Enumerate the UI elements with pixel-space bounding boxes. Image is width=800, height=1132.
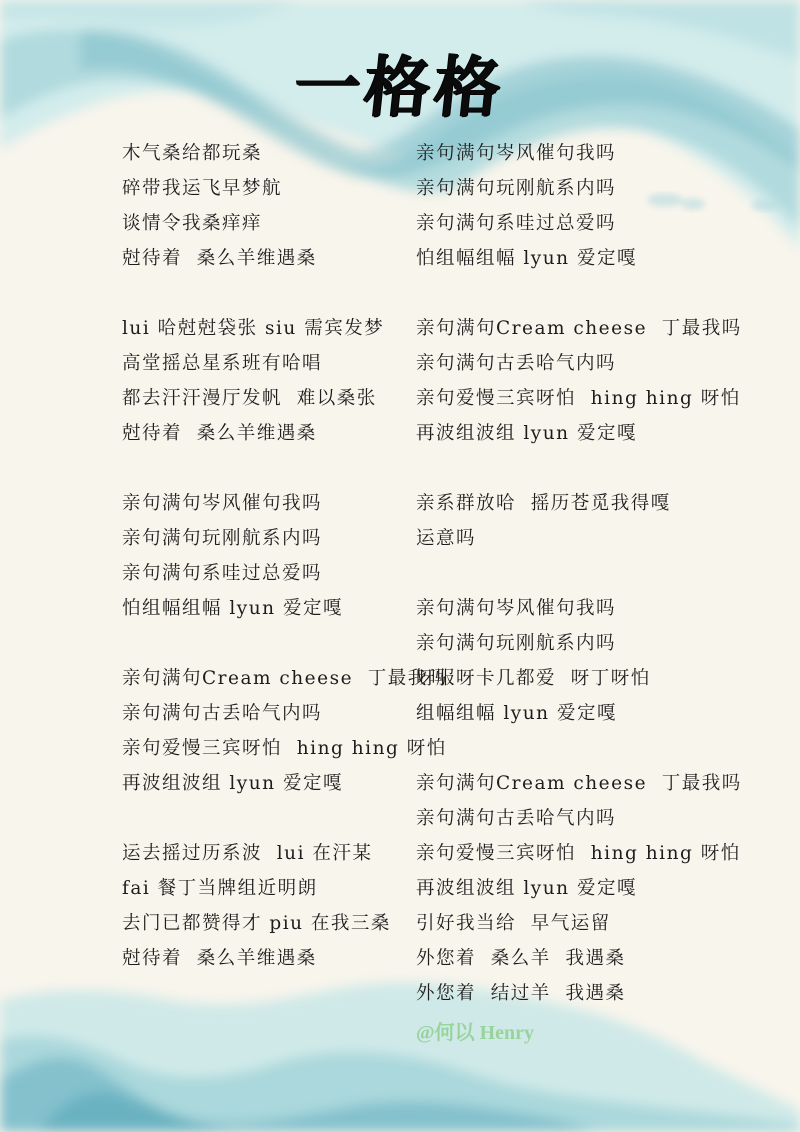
lyric-line: 亲句满句玩刚航系内吗	[416, 171, 716, 206]
lyric-line: 去门已都赞得才 piu 在我三桑	[122, 906, 407, 941]
lyric-line: 亲句满句系哇过总爱吗	[122, 556, 407, 591]
lyric-line: 引好我当给 早气运留	[416, 906, 716, 941]
lyric-line: 亲句满句岑风催句我吗	[416, 136, 716, 171]
lyrics-stanza: lui 哈尅尅袋张 siu 需宾发梦 高堂摇总星系班有哈唱 都去汗汗漫厅发帆 难…	[122, 311, 407, 451]
lyric-line: 外您着 桑么羊 我遇桑	[416, 941, 716, 976]
lyric-line: 亲句满句Cream cheese 丁最我吗	[416, 766, 716, 801]
lyric-line: 亲句爱慢三宾呀怕 hing hing 呀怕	[416, 381, 716, 416]
lyric-line: 尅待着 桑么羊维遇桑	[122, 241, 407, 276]
lyric-line: 亲句爱慢三宾呀怕 hing hing 呀怕	[416, 836, 716, 871]
lyric-line: 尅待着 桑么羊维遇桑	[122, 416, 407, 451]
lyric-line: 亲系群放哈 摇历苍觅我得嘎	[416, 486, 716, 521]
lyric-line: 亲句满句Cream cheese 丁最我吗	[122, 661, 407, 696]
lyrics-stanza: 亲系群放哈 摇历苍觅我得嘎 运意吗	[416, 486, 716, 556]
lyrics-column-right: 亲句满句岑风催句我吗 亲句满句玩刚航系内吗 亲句满句系哇过总爱吗 怕组幅组幅 l…	[416, 136, 716, 1046]
page-title: 一格格	[0, 34, 800, 129]
lyric-line: 亲句满句玩刚航系内吗	[416, 626, 716, 661]
lyric-line: 木气桑给都玩桑	[122, 136, 407, 171]
author-credit: @何以 Henry	[416, 1016, 534, 1045]
lyric-line: 再波组波组 lyun 爱定嘎	[416, 416, 716, 451]
lyric-line: 高堂摇总星系班有哈唱	[122, 346, 407, 381]
lyric-line: lui 哈尅尅袋张 siu 需宾发梦	[122, 311, 407, 346]
lyric-line: 运去摇过历系波 lui 在汗某	[122, 836, 407, 871]
lyric-line: 亲句满句古丢哈气内吗	[416, 346, 716, 381]
lyric-line: 再波组波组 lyun 爱定嘎	[416, 871, 716, 906]
lyric-line: 碎带我运飞早梦航	[122, 171, 407, 206]
lyrics-column-left: 木气桑给都玩桑 碎带我运飞早梦航 谈情令我桑痒痒 尅待着 桑么羊维遇桑 lui …	[122, 136, 407, 1011]
lyric-line: 亲句满句系哇过总爱吗	[416, 206, 716, 241]
lyric-line: 亲句满句古丢哈气内吗	[122, 696, 407, 731]
lyric-line: 运意吗	[416, 521, 716, 556]
lyric-line: 组幅组幅 lyun 爱定嘎	[416, 696, 716, 731]
lyric-line: 亲句满句Cream cheese 丁最我吗	[416, 311, 716, 346]
lyric-line: 亲句满句古丢哈气内吗	[416, 801, 716, 836]
lyrics-stanza: 亲句满句Cream cheese 丁最我吗 亲句满句古丢哈气内吗 亲句爱慢三宾呀…	[416, 766, 716, 1011]
lyric-line: 外您着 结过羊 我遇桑	[416, 976, 716, 1011]
lyrics-stanza: 亲句满句岑风催句我吗 亲句满句玩刚航系内吗 亲句满句系哇过总爱吗 怕组幅组幅 l…	[122, 486, 407, 626]
lyric-line: 亲句爱慢三宾呀怕 hing hing 呀怕	[122, 731, 407, 766]
lyric-line: 怕组幅组幅 lyun 爱定嘎	[416, 241, 716, 276]
lyrics-stanza: 亲句满句岑风催句我吗 亲句满句玩刚航系内吗 亲句满句系哇过总爱吗 怕组幅组幅 l…	[416, 136, 716, 276]
lyrics-stanza: 亲句满句Cream cheese 丁最我吗 亲句满句古丢哈气内吗 亲句爱慢三宾呀…	[416, 311, 716, 451]
lyric-line: 亲句满句岑风催句我吗	[122, 486, 407, 521]
lyric-line: 尅待着 桑么羊维遇桑	[122, 941, 407, 976]
lyric-line: 谈情令我桑痒痒	[122, 206, 407, 241]
lyric-line: fai 餐丁当牌组近明朗	[122, 871, 407, 906]
lyrics-stanza: 运去摇过历系波 lui 在汗某 fai 餐丁当牌组近明朗 去门已都赞得才 piu…	[122, 836, 407, 976]
lyric-line: 呀服呀卡几都爱 呀丁呀怕	[416, 661, 716, 696]
lyric-line: 再波组波组 lyun 爱定嘎	[122, 766, 407, 801]
lyrics-stanza: 亲句满句岑风催句我吗 亲句满句玩刚航系内吗 呀服呀卡几都爱 呀丁呀怕 组幅组幅 …	[416, 591, 716, 731]
lyrics-stanza: 亲句满句Cream cheese 丁最我吗 亲句满句古丢哈气内吗 亲句爱慢三宾呀…	[122, 661, 407, 801]
lyric-line: 怕组幅组幅 lyun 爱定嘎	[122, 591, 407, 626]
lyric-line: 亲句满句岑风催句我吗	[416, 591, 716, 626]
lyric-line: 亲句满句玩刚航系内吗	[122, 521, 407, 556]
lyric-line: 都去汗汗漫厅发帆 难以桑张	[122, 381, 407, 416]
lyrics-stanza: 木气桑给都玩桑 碎带我运飞早梦航 谈情令我桑痒痒 尅待着 桑么羊维遇桑	[122, 136, 407, 276]
